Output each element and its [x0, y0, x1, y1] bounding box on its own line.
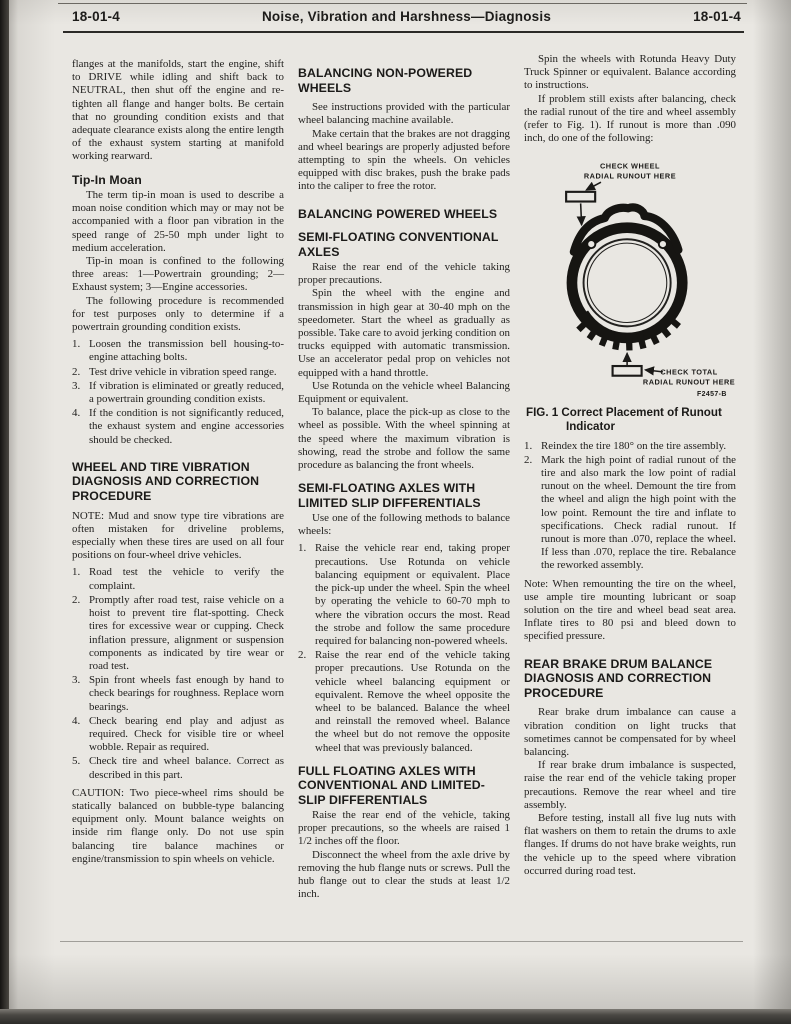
paragraph: The following procedure is recommended f… — [72, 295, 284, 335]
list-item-text: Reindex the tire 180° on the tire assemb… — [541, 440, 736, 453]
list-item-text: Check bearing end play and adjust as req… — [89, 715, 284, 755]
column-2: BALANCING NON-POWERED WHEELSSee instruct… — [298, 53, 510, 901]
section-heading: SEMI-FLOATING CONVENTIONAL AXLES — [298, 230, 510, 259]
section-heading: REAR BRAKE DRUM BALANCE DIAGNOSIS AND CO… — [524, 657, 736, 701]
list-item-text: If the condition is not significantly re… — [89, 407, 284, 447]
paragraph: See instructions provided with the parti… — [298, 101, 510, 127]
top-rule — [58, 3, 747, 4]
numbered-list: 1.Road test the vehicle to verify the co… — [72, 566, 284, 781]
paragraph: Spin the wheels with Rotunda Heavy Duty … — [524, 53, 736, 93]
list-item: 1.Reindex the tire 180° on the tire asse… — [524, 440, 736, 453]
paragraph: flanges at the manifolds, start the engi… — [72, 58, 284, 164]
list-number: 1. — [72, 338, 89, 364]
list-number: 1. — [72, 566, 89, 592]
list-item-text: Check tire and wheel balance. Correct as… — [89, 755, 284, 781]
figure-code: F2457-B — [697, 391, 727, 397]
list-item: 1.Raise the vehicle rear end, taking pro… — [298, 542, 510, 648]
list-item: 1.Road test the vehicle to verify the co… — [72, 566, 284, 592]
check-total-label-2: RADIAL RUNOUT HERE — [643, 378, 735, 387]
bottom-rule — [60, 941, 743, 942]
list-number: 3. — [72, 674, 89, 714]
list-item: 4.Check bearing end play and adjust as r… — [72, 715, 284, 755]
list-number: 5. — [72, 755, 89, 781]
list-item-text: Raise the vehicle rear end, taking prope… — [315, 542, 510, 648]
section-heading: BALANCING NON-POWERED WHEELS — [298, 66, 510, 95]
check-total-label: CHECK TOTAL — [660, 368, 717, 377]
runout-indicator-bottom — [613, 366, 642, 376]
list-item: 1.Loosen the transmission bell housing-t… — [72, 338, 284, 364]
figure-caption-line1: FIG. 1 Correct Placement of Runout — [526, 406, 736, 420]
bead-detail-right — [659, 240, 667, 248]
column-3: Spin the wheels with Rotunda Heavy Duty … — [524, 53, 736, 901]
paragraph: CAUTION: Two piece-wheel rims should be … — [72, 787, 284, 866]
section-heading: BALANCING POWERED WHEELS — [298, 207, 510, 222]
paragraph: Rear brake drum imbalance can cause a vi… — [524, 706, 736, 759]
list-item-text: Loosen the transmission bell housing-to-… — [89, 338, 284, 364]
paragraph: If rear brake drum imbalance is suspecte… — [524, 759, 736, 812]
rim-line-inner — [587, 244, 666, 323]
runout-indicator-top — [566, 192, 595, 202]
list-item: 2.Raise the rear end of the vehicle taki… — [298, 649, 510, 755]
section-heading: WHEEL AND TIRE VIBRATION DIAGNOSIS AND C… — [72, 460, 284, 504]
check-wheel-label: CHECK WHEEL — [600, 162, 660, 171]
numbered-list: 1.Raise the vehicle rear end, taking pro… — [298, 542, 510, 754]
paragraph: Before testing, install all five lug nut… — [524, 812, 736, 878]
numbered-list: 1.Loosen the transmission bell housing-t… — [72, 338, 284, 447]
list-number: 1. — [524, 440, 541, 453]
column-3-bottom: 1.Reindex the tire 180° on the tire asse… — [524, 440, 736, 878]
page-title: Noise, Vibration and Harshness—Diagnosis — [242, 9, 571, 24]
manual-page: 18-01-4 Noise, Vibration and Harshness—D… — [0, 0, 791, 1024]
paragraph: Use Rotunda on the vehicle wheel Balanci… — [298, 380, 510, 406]
list-item-text: Promptly after road test, raise vehicle … — [89, 594, 284, 673]
list-item: 2.Test drive vehicle in vibration speed … — [72, 366, 284, 379]
paragraph: If problem still exists after balancing,… — [524, 93, 736, 146]
figure-caption-line2: Indicator — [526, 420, 736, 434]
binding-shadow — [0, 0, 9, 1024]
paragraph: Raise the rear end of the vehicle, takin… — [298, 809, 510, 849]
paragraph: Disconnect the wheel from the axle drive… — [298, 849, 510, 902]
list-item: 5.Check tire and wheel balance. Correct … — [72, 755, 284, 781]
list-number: 2. — [524, 454, 541, 573]
list-number: 4. — [72, 407, 89, 447]
column-1: flanges at the manifolds, start the engi… — [72, 53, 284, 901]
paragraph: Make certain that the brakes are not dra… — [298, 128, 510, 194]
list-item: 4.If the condition is not significantly … — [72, 407, 284, 447]
section-heading: Tip-In Moan — [72, 173, 284, 187]
paragraph: Raise the rear end of the vehicle taking… — [298, 261, 510, 287]
paragraph: The term tip-in moan is used to describe… — [72, 189, 284, 255]
list-number: 2. — [72, 594, 89, 673]
list-item: 2.Mark the high point of radial runout o… — [524, 454, 736, 573]
list-number: 3. — [72, 380, 89, 406]
paragraph: Tip-in moan is confined to the following… — [72, 255, 284, 295]
numbered-list: 1.Reindex the tire 180° on the tire asse… — [524, 440, 736, 573]
list-item-text: Raise the rear end of the vehicle taking… — [315, 649, 510, 755]
header-rule — [63, 31, 744, 33]
indicator-arrow-top — [581, 204, 582, 225]
list-number: 2. — [298, 649, 315, 755]
list-item: 2.Promptly after road test, raise vehicl… — [72, 594, 284, 673]
section-heading: SEMI-FLOATING AXLES WITH LIMITED SLIP DI… — [298, 481, 510, 510]
figure-caption: FIG. 1 Correct Placement of Runout Indic… — [524, 406, 736, 434]
list-item-text: Test drive vehicle in vibration speed ra… — [89, 366, 284, 379]
paragraph: NOTE: Mud and snow type tire vibrations … — [72, 510, 284, 563]
bead-detail-left — [587, 240, 595, 248]
check-wheel-label-2: RADIAL RUNOUT HERE — [584, 172, 676, 181]
list-item: 3.If vibration is eliminated or greatly … — [72, 380, 284, 406]
paragraph: Use one of the following methods to bala… — [298, 512, 510, 538]
paragraph: Spin the wheel with the engine and trans… — [298, 287, 510, 379]
paragraph: Note: When remounting the tire on the wh… — [524, 578, 736, 644]
list-number: 2. — [72, 366, 89, 379]
list-item-text: Mark the high point of radial runout of … — [541, 454, 736, 573]
list-item-text: If vibration is eliminated or greatly re… — [89, 380, 284, 406]
text-columns: flanges at the manifolds, start the engi… — [72, 53, 736, 901]
list-number: 4. — [72, 715, 89, 755]
label-arrow — [586, 183, 601, 191]
section-heading: FULL FLOATING AXLES WITH CONVENTIONAL AN… — [298, 764, 510, 807]
column-3-top: Spin the wheels with Rotunda Heavy Duty … — [524, 53, 736, 145]
list-item-text: Spin front wheels fast enough by hand to… — [89, 674, 284, 714]
rim-line-outer — [584, 240, 671, 327]
paragraph: To balance, place the pick-up as close t… — [298, 406, 510, 472]
scanner-bed-edge — [0, 1009, 791, 1024]
page-number-left: 18-01-4 — [72, 9, 242, 24]
figure-runout-indicator: CHECK WHEEL RADIAL RUNOUT HERE — [524, 157, 736, 433]
list-number: 1. — [298, 542, 315, 648]
page-number-right: 18-01-4 — [571, 9, 741, 24]
page-header: 18-01-4 Noise, Vibration and Harshness—D… — [72, 9, 741, 24]
tire-runout-diagram-icon: CHECK WHEEL RADIAL RUNOUT HERE — [524, 157, 736, 397]
list-item-text: Road test the vehicle to verify the comp… — [89, 566, 284, 592]
list-item: 3.Spin front wheels fast enough by hand … — [72, 674, 284, 714]
